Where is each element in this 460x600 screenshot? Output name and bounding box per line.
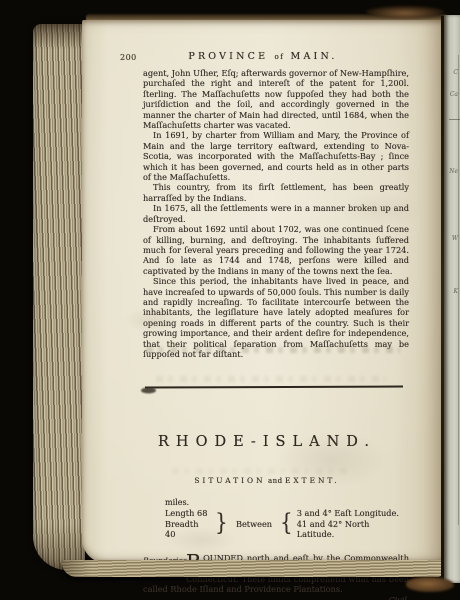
book-page: 200 PROVINCE of MAIN. agent, John Uſher,… bbox=[82, 20, 444, 563]
longitude-line: 3 and 4° Eaſt Longitude. bbox=[297, 508, 409, 519]
facing-page-hline bbox=[449, 119, 460, 120]
opening-brace: { bbox=[280, 513, 292, 534]
paragraph: This country, from its firſt ſettlement,… bbox=[143, 182, 409, 203]
section-title: RHODE-ISLAND. bbox=[134, 437, 400, 447]
latitude-line: 41 and 42° North Latitude. bbox=[297, 519, 409, 540]
subtitle-word: EXTENT. bbox=[285, 476, 340, 485]
dimension-label: Breadth bbox=[165, 519, 198, 529]
ink-blot bbox=[141, 388, 156, 394]
page-edge-tail-bottom bbox=[406, 577, 454, 592]
facing-page-text-fragment: Ne bbox=[449, 168, 458, 175]
page-header: 200 PROVINCE of MAIN. bbox=[143, 52, 409, 65]
running-title-of: of bbox=[275, 53, 285, 61]
bottom-page-edges bbox=[62, 560, 444, 577]
coordinates: 3 and 4° Eaſt Longitude. 41 and 42° Nort… bbox=[297, 508, 409, 540]
unit-label: miles. bbox=[165, 498, 409, 508]
facing-page-text-fragment: C bbox=[453, 69, 458, 76]
show-through-smudge bbox=[146, 347, 400, 353]
between-label: Between bbox=[236, 519, 272, 529]
book-page-edge-stack bbox=[33, 24, 85, 570]
running-title-word: PROVINCE bbox=[188, 51, 268, 62]
facing-page-text-fragment: Ca bbox=[450, 91, 458, 98]
subtitle-word: SITUATION bbox=[194, 476, 265, 485]
dimension-length: Length 68 bbox=[165, 508, 211, 519]
show-through-smudge bbox=[156, 376, 386, 382]
facing-page-text-fragment: W bbox=[452, 235, 458, 242]
paragraph: agent, John Uſher, Eſq; afterwards gover… bbox=[143, 68, 409, 130]
dimensions: Length 68 Breadth 40 bbox=[165, 508, 211, 540]
section-divider-rule bbox=[145, 386, 403, 388]
facing-page-text-fragment: K bbox=[454, 288, 458, 295]
section-subtitle: SITUATION and EXTENT. bbox=[134, 476, 400, 486]
paragraph: In 1675, all the ſettlements were in a m… bbox=[143, 203, 409, 224]
show-through-smudge bbox=[172, 468, 352, 474]
dimension-value: 40 bbox=[165, 529, 175, 539]
body-text: agent, John Uſher, Eſq; afterwards gover… bbox=[143, 68, 409, 359]
dimension-breadth: Breadth 40 bbox=[165, 519, 211, 540]
running-title-word: MAIN. bbox=[291, 51, 338, 62]
catchword: Civil bbox=[143, 596, 409, 600]
paragraph: In 1691, by charter from William and Mar… bbox=[143, 130, 409, 182]
dimension-value: 68 bbox=[197, 508, 207, 518]
extent-table: miles. Length 68 Breadth 40 } Between { … bbox=[165, 498, 409, 540]
facing-page-table-rule bbox=[458, 55, 459, 525]
page-content: 200 PROVINCE of MAIN. agent, John Uſher,… bbox=[143, 52, 409, 600]
running-title: PROVINCE of MAIN. bbox=[130, 52, 396, 62]
page-edge-tail-top bbox=[366, 6, 444, 18]
extent-row: Length 68 Breadth 40 } Between { 3 and 4… bbox=[165, 508, 409, 540]
closing-brace: } bbox=[215, 513, 227, 534]
paragraph: From about 1692 until about 1702, was on… bbox=[143, 224, 409, 276]
facing-page-sliver: C Ca Ne W K bbox=[444, 15, 460, 583]
dimension-label: Length bbox=[165, 508, 194, 518]
subtitle-and: and bbox=[268, 477, 283, 485]
